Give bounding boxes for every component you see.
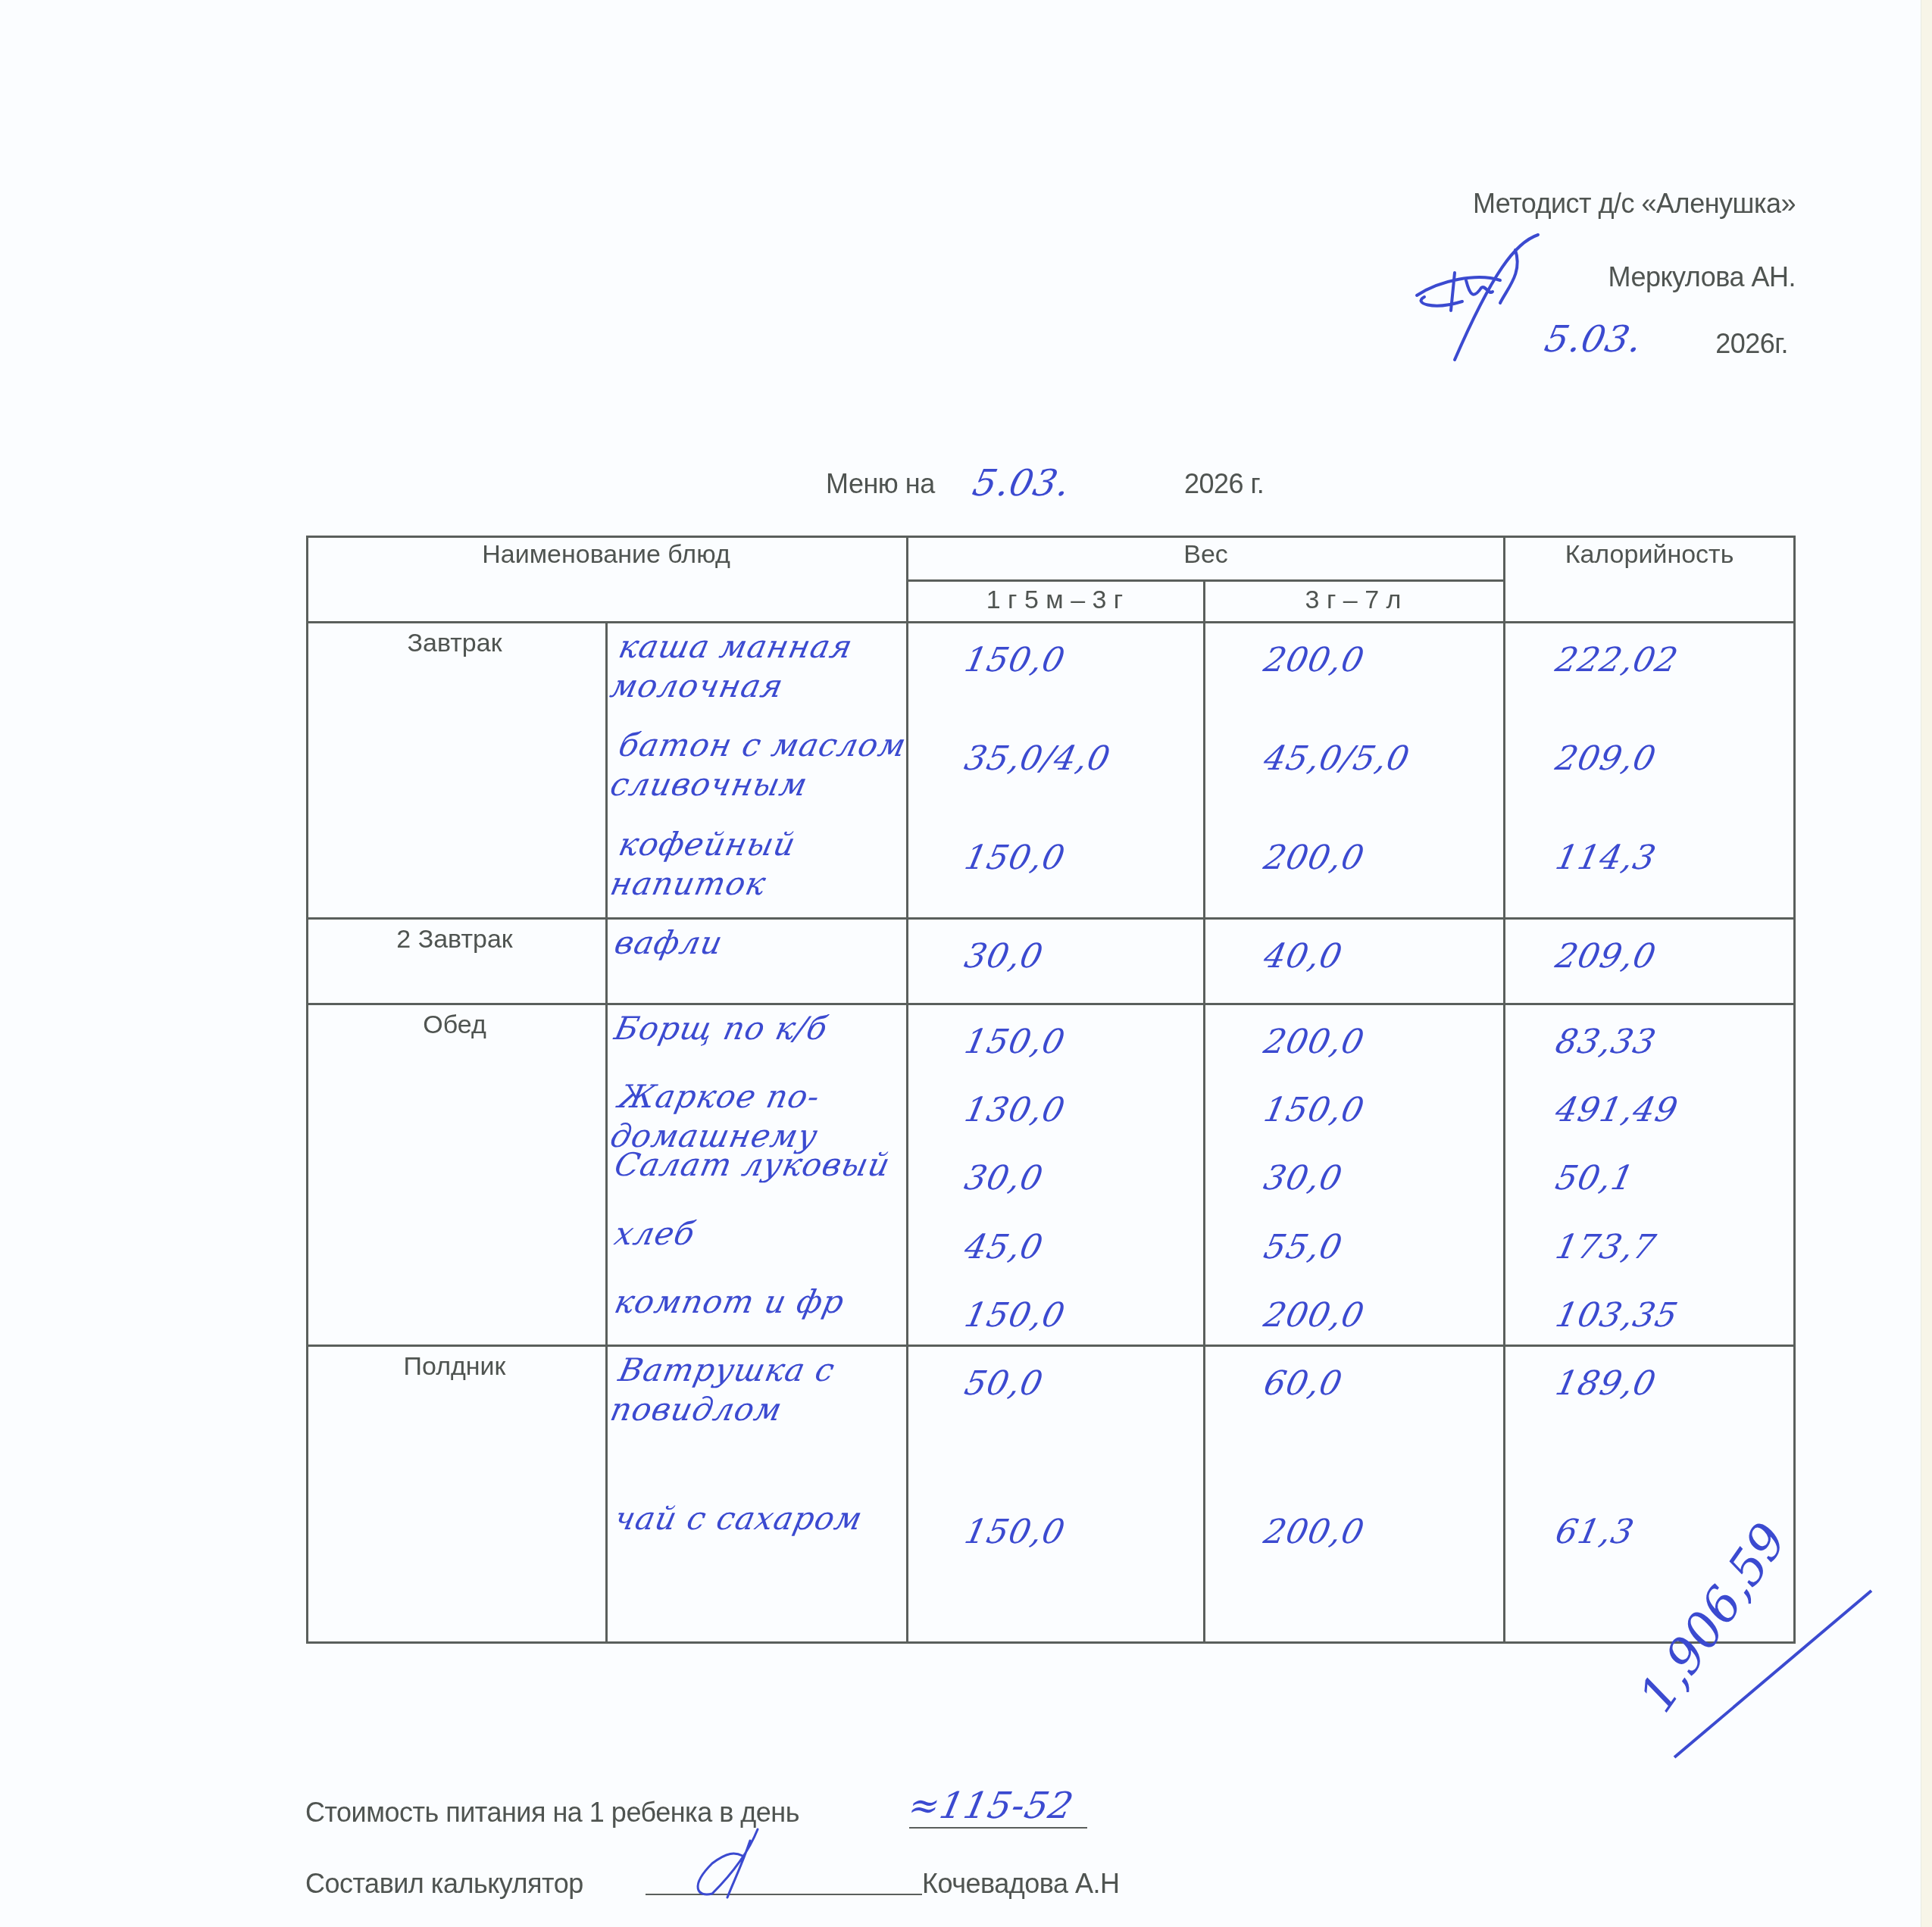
weight-age2: 150,0 xyxy=(1261,1091,1368,1129)
menu-title: Меню на xyxy=(826,468,935,500)
dish-name: батон с маслом сливочным xyxy=(607,726,911,804)
calories-value: 222,02 xyxy=(1552,641,1682,679)
compiler-signature-icon xyxy=(682,1825,780,1901)
calories-value: 114,3 xyxy=(1552,839,1660,877)
compiler-label: Составил калькулятор xyxy=(305,1868,583,1900)
weight-age1: 150,0 xyxy=(961,839,1069,877)
dish-name: хлеб xyxy=(611,1214,907,1254)
weight-age2: 200,0 xyxy=(1261,1023,1368,1061)
meal-label: Завтрак xyxy=(306,629,603,658)
cost-underline xyxy=(909,1827,1087,1829)
weight-age2: 200,0 xyxy=(1261,1296,1368,1335)
calories-value: 103,35 xyxy=(1552,1296,1682,1335)
dish-name: компот и фр xyxy=(611,1282,907,1322)
weight-age1: 45,0 xyxy=(961,1228,1047,1266)
weight-age1: 150,0 xyxy=(961,1023,1069,1061)
approval-year: 2026г. xyxy=(1715,328,1788,360)
calories-value: 83,33 xyxy=(1552,1023,1660,1061)
cost-value-handwritten: ≈115-52 xyxy=(905,1785,1077,1827)
cost-label: Стоимость питания на 1 ребенка в день xyxy=(305,1797,799,1829)
header-dish: Наименование блюд xyxy=(306,540,906,570)
calories-value: 61,3 xyxy=(1552,1513,1638,1551)
dish-name: Жаркое по-домашнему xyxy=(607,1077,911,1156)
weight-age2: 60,0 xyxy=(1261,1364,1346,1403)
weight-age2: 200,0 xyxy=(1261,641,1368,679)
calories-value: 209,0 xyxy=(1552,739,1660,778)
dish-name: чай с сахаром xyxy=(611,1499,907,1538)
calories-value: 173,7 xyxy=(1552,1228,1660,1266)
weight-age1: 150,0 xyxy=(961,1296,1069,1335)
approval-date-handwritten: 5.03. xyxy=(1541,318,1646,361)
compiler-name: Кочевадова А.Н xyxy=(922,1868,1120,1900)
dish-name: Салат луковый xyxy=(611,1145,907,1185)
calories-value: 209,0 xyxy=(1552,937,1660,976)
meal-label: 2 Завтрак xyxy=(306,925,603,954)
header-calories: Калорийность xyxy=(1503,540,1796,570)
meal-label: Полдник xyxy=(306,1352,603,1382)
weight-age2: 200,0 xyxy=(1261,1513,1368,1551)
approver-name: Меркулова АН. xyxy=(1608,261,1796,293)
weight-age1: 30,0 xyxy=(961,1159,1047,1198)
dish-name: кофейный напиток xyxy=(607,825,911,904)
calories-value: 189,0 xyxy=(1552,1364,1660,1403)
weight-age2: 45,0/5,0 xyxy=(1261,739,1414,778)
weight-age2: 200,0 xyxy=(1261,839,1368,877)
header-weight: Вес xyxy=(906,540,1505,570)
dish-name: Борщ по к/б xyxy=(611,1009,907,1048)
weight-age1: 150,0 xyxy=(961,641,1069,679)
header-weight-age1: 1 г 5 м – 3 г xyxy=(906,586,1203,615)
meal-label: Обед xyxy=(306,1010,603,1040)
weight-age2: 55,0 xyxy=(1261,1228,1346,1266)
weight-age2: 40,0 xyxy=(1261,937,1346,976)
weight-age1: 50,0 xyxy=(961,1364,1047,1403)
approver-signature-icon xyxy=(1409,227,1546,364)
calories-value: 50,1 xyxy=(1552,1159,1638,1198)
dish-name: каша манная молочная xyxy=(607,627,911,706)
weight-age2: 30,0 xyxy=(1261,1159,1346,1198)
menu-year: 2026 г. xyxy=(1184,468,1264,500)
calories-value: 491,49 xyxy=(1552,1091,1682,1129)
weight-age1: 30,0 xyxy=(961,937,1047,976)
header-weight-age2: 3 г – 7 л xyxy=(1203,586,1503,615)
scan-paper-edge xyxy=(1921,0,1932,1927)
dish-name: Ватрушка с повидлом xyxy=(607,1351,911,1429)
approver-title: Методист д/с «Аленушка» xyxy=(1473,188,1796,220)
weight-age1: 150,0 xyxy=(961,1513,1069,1551)
menu-table: Наименование блюд Вес 1 г 5 м – 3 г 3 г … xyxy=(306,536,1796,1644)
weight-age1: 35,0/4,0 xyxy=(961,739,1114,778)
menu-date-handwritten: 5.03. xyxy=(969,462,1074,504)
weight-age1: 130,0 xyxy=(961,1091,1069,1129)
dish-name: вафли xyxy=(611,923,907,963)
